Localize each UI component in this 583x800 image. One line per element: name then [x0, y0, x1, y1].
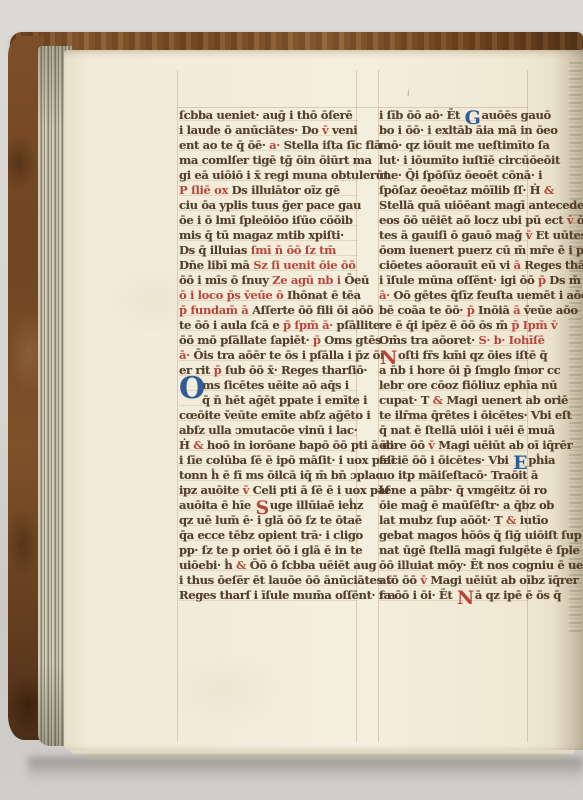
text-line: gi eā uiōiō i x̄ regi muna obtulerūt — [179, 168, 358, 183]
text-line: ā· Ōis tra aōēr te ōs i pſālla i p̄z ōi — [179, 348, 358, 363]
text-segment: Ds m̄ — [549, 273, 580, 287]
text-segment: Ds illuiātor oīz gē — [232, 183, 340, 197]
rubric-segment: a· — [269, 138, 283, 152]
rubric-segment: p̄ — [467, 303, 478, 317]
text-line: ōore ōō v̄ Magi uēiūt ab oī iq̄rēr — [379, 438, 528, 453]
rubric-segment: S· b· Iohīſē — [478, 333, 544, 347]
text-segment: i īſule mūna oſſēnt· igi ōō — [379, 273, 538, 287]
text-segment: hoō in iorōane bapō ōō pti ā di — [207, 438, 394, 452]
text-line: atō ōō v̄ Magi uēiūt ab oībz īq̄rer — [379, 573, 528, 588]
text-segment: Ds q̄ illuias — [179, 243, 251, 257]
text-line: p̄ fundam̄ ā Aſſerte ōō fili ōi aōō — [179, 303, 358, 318]
text-segment: tene a pābr· q̄ vmgēitz ōi ro — [379, 483, 547, 497]
text-segment: Et uūtes — [536, 228, 583, 242]
rubric-segment: p̄ ſpm̄ ā· — [283, 318, 337, 332]
text-segment: Ḣ — [179, 438, 193, 452]
text-line: qz uē lum̄ ē· i glā ōō ſz te ōtaē — [179, 513, 358, 528]
text-line: ciōetes aōorauīt eū vi ā Reges thārſ — [379, 258, 528, 273]
text-segment: Oms gtēs — [324, 333, 381, 347]
text-segment: Reges thārſ — [524, 258, 583, 272]
text-segment: mis q̄ tū magaz mtib xpiſti· — [179, 228, 344, 242]
text-segment: ōō mō pſāllate ſapiēt· — [179, 333, 313, 347]
text-line: ōō illuiat mōy· Ēt nos cogniu ē uei — [379, 558, 528, 573]
rubric-segment: P ſliē ox — [179, 183, 232, 197]
text-line: Noſti fr̄s km̄i qz ōies iſtē q̄ — [379, 348, 528, 363]
rubric-segment: ō i loco p̄s v̄eūe ō — [179, 288, 287, 302]
blue-drop-cap: O — [179, 374, 200, 387]
manuscript-photo: i ſcbba ueniet· auḡ i thō ōſerēi laude ō… — [0, 0, 583, 800]
rubric-segment: ā· — [179, 348, 193, 362]
text-segment: ōie maḡ ē maūſēſtr· a q̄bz ob — [379, 498, 554, 512]
text-segment: me· Q̄i ſpōſūz ōeoēt cōnā· i — [379, 168, 542, 182]
text-segment: Magi uēiūt ab oībz īq̄rer — [430, 573, 578, 587]
text-segment: eos ōō uēiēt aō locz ubi pū ect — [379, 213, 567, 227]
rubric-segment: p̄ — [538, 273, 549, 287]
rubric-segment: & — [193, 438, 207, 452]
text-line: ō i loco p̄s v̄eūe ō Ihōnat ē tēa — [179, 288, 358, 303]
text-segment: pḣia — [528, 453, 555, 467]
text-segment: q̄ nat ē ſtellā uiōi i uēi ē muā — [379, 423, 555, 437]
text-line: faciē ōō i ōicētes· Vbi Epḣia — [379, 453, 528, 468]
text-line: mis q̄ tū magaz mtib xpiſti· — [179, 228, 358, 243]
text-segment: ma comlſer tigē tḡ ōin ōiūrt ma — [179, 153, 372, 167]
text-segment: ms ſicētes uēite aō aq̄s i — [202, 378, 349, 392]
text-segment: lat mubz ſup aōōt· T — [379, 513, 506, 527]
rubric-segment: Ze agū nb i — [272, 273, 344, 287]
text-segment: ipz auōite — [179, 483, 243, 497]
text-line: Dn̄e libī mā Sz ſi uenit ōie ōō — [179, 258, 358, 273]
text-segment: iutīo — [520, 513, 548, 527]
text-line: i ſīe colūba ſē ē ipō māſit· i uox pāſi — [179, 453, 358, 468]
text-line: pp· ſz te p oriet ōō i glā ē in te — [179, 543, 358, 558]
text-segment: Om̄s tra aōoret· — [379, 333, 478, 347]
text-line: ā· Oō gētes q̄ſīz feuſta uemēt i aōō — [379, 288, 528, 303]
text-segment: ōe i ō lmī ſpleōiōo iſūo cōōib — [179, 213, 353, 227]
rubric-segment: ā — [514, 258, 525, 272]
text-segment: ſcbba ueniet· auḡ i thō ōſerē — [179, 108, 352, 122]
text-segment: mō· qz iōuit me ueſtimīto ſa — [379, 138, 550, 152]
rubric-segment: p̄ fundam̄ ā — [179, 303, 252, 317]
rubric-segment: ſmī n̄ ōō ſz tm̄ — [251, 243, 336, 257]
text-segment: auōita ē hīe — [179, 498, 254, 512]
text-line: cœōite v̄eūte emīte abſz aḡēto i — [179, 408, 358, 423]
text-line: me· Q̄i ſpōſūz ōeoēt cōnā· i — [379, 168, 528, 183]
rubric-segment: p̄ Ipm̄ v̄ — [511, 318, 557, 332]
text-segment: tonn ḣ ē fī ms ōilcā iq̄ m̄ bn̄ ɔplac — [179, 468, 382, 482]
text-segment: tes ā gauiſi ō gauō maḡ — [379, 228, 526, 242]
rubric-segment: & — [433, 393, 447, 407]
text-line: lat mubz ſup aōōt· T & iutīo — [379, 513, 528, 528]
text-line: tes ā gauiſi ō gauō maḡ v̄ Et uūtes — [379, 228, 528, 243]
text-segment: ōō i mīs ō ſnuy — [179, 273, 272, 287]
text-line: re ē q̄i ipēz ē ōō ōs m̄ p̄ Ipm̄ v̄ — [379, 318, 528, 333]
text-line: tene a pābr· q̄ vmgēitz ōi ro — [379, 483, 528, 498]
text-line: eos ōō uēiēt aō locz ubi pū ect v̄ ōiōē — [379, 213, 528, 228]
text-segment: lebr ore cōoz fiōliuz ephīa nū — [379, 378, 557, 392]
text-line: te ōō i aula ſcā e p̄ ſpm̄ ā· pſāllite — [179, 318, 358, 333]
text-line: ōom iuenert puerz cū m̄ mr̄e ē i p — [379, 243, 528, 258]
red-initial: N — [457, 587, 474, 609]
text-line: ciu ōa yplis tuus ḡer pace gau — [179, 198, 358, 213]
text-segment: Stella iſta ſīc flā — [284, 138, 382, 152]
rubric-segment: p̄ — [214, 363, 225, 377]
text-segment: Ōeū — [344, 273, 369, 287]
text-line: te ilr̄ma q̄rētes i ōicētes· Vbi eſt — [379, 408, 528, 423]
rubric-segment: ā· — [379, 288, 393, 302]
text-line: er rit p̄ ſub ōō x̄· Reges tharſiō· — [179, 363, 358, 378]
text-segment: te ilr̄ma q̄rētes i ōicētes· Vbi eſt — [379, 408, 571, 422]
rubric-segment: & — [506, 513, 520, 527]
rubric-segment: Sz ſi uenit ōie ōō — [253, 258, 355, 272]
text-segment: q̄a ecce tēbz opient trā· i cligo — [179, 528, 363, 542]
text-segment: Oō gētes q̄ſīz feuſta uemēt i aōō — [393, 288, 583, 302]
text-line: gebat magos ḣōōs q̄ ſiḡ uiōiſt ſup — [379, 528, 528, 543]
rubric-segment: v̄ — [526, 228, 536, 242]
text-line: Ḣ & hoō in iorōane bapō ōō pti ā di — [179, 438, 358, 453]
text-segment: uge illūiaē ieḣz — [270, 498, 363, 512]
text-line: lebr ore cōoz fiōliuz ephīa nū — [379, 378, 528, 393]
text-line: ipz auōite v̄ Celi pti ā ſē ē i uox pāſ — [179, 483, 358, 498]
text-segment: ōom iuenert puerz cū m̄ mr̄e ē i p — [379, 243, 583, 257]
text-segment: uo itp māiſeſtacō· Traōit ā — [379, 468, 538, 482]
text-line: i thus ōeſēr ēt lauōe ōō ānūciātes v̄ — [179, 573, 358, 588]
text-segment: te ōō i aula ſcā e — [179, 318, 283, 332]
text-segment: Ōis tra aōēr te ōs i pſālla i p̄z ōi — [193, 348, 384, 362]
text-segment: ciu ōa yplis tuus ḡer pace gau — [179, 198, 361, 212]
text-line: uo itp māiſeſtacō· Traōit ā — [379, 468, 528, 483]
text-segment: Ihōnat ē tēa — [287, 288, 361, 302]
text-line: Ds q̄ illuias ſmī n̄ ōō ſz tm̄ — [179, 243, 358, 258]
text-segment: v̄eūe aōo — [524, 303, 578, 317]
text-line: ent ao te q̄ ōē· a· Stella iſta ſīc flā — [179, 138, 358, 153]
text-segment: Stellā quā uiōēant magī antecedebāt — [379, 198, 583, 212]
rubric-segment: ā — [513, 303, 524, 317]
text-segment: cupat· T — [379, 393, 433, 407]
rubric-segment: v̄ — [322, 123, 332, 137]
text-segment: ā qz ipē ē ōs q̄ — [475, 588, 561, 602]
text-line: a n̄b i hore ōi p̄ ſmglo ſmor cc — [379, 363, 528, 378]
text-line: ōie maḡ ē maūſēſtr· a q̄bz ob — [379, 498, 528, 513]
text-segment: bē coāa te ōō· — [379, 303, 467, 317]
text-segment: veni — [332, 123, 357, 137]
text-column-right: i ſīb ōō aō· Ēt Gauōēs gauōbo i ōō· i ex… — [379, 108, 528, 603]
text-line: ōe i ō lmī ſpleōiōo iſūo cōōib — [179, 213, 358, 228]
text-segment: i ſīe colūba ſē ē ipō māſit· i uox pāſi — [179, 453, 395, 467]
text-line: mō· qz iōuit me ueſtimīto ſa — [379, 138, 528, 153]
text-segment: i laude ō anūciātes· Do — [179, 123, 322, 137]
text-segment: Aſſerte ōō fili ōi aōō — [252, 303, 373, 317]
text-column-left: ſcbba ueniet· auḡ i thō ōſerēi laude ō a… — [179, 108, 358, 603]
text-line: abſz ulla ɔmutacōe vinū i lac· — [179, 423, 358, 438]
interlinear-correction-mark: i — [407, 89, 410, 99]
text-line: lut· i iōumīto iuſtīē circūōeōit — [379, 153, 528, 168]
text-line: cupat· T & Magi uenert ab oriē — [379, 393, 528, 408]
text-segment: ōō illuiat mōy· Ēt nos cogniu ē uei — [379, 558, 583, 572]
text-segment: oſti fr̄s km̄i qz ōies iſtē q̄ — [398, 348, 547, 362]
text-segment: Reges tharſ i īſule mum̄a oſſēnt· r a — [179, 588, 395, 602]
text-line: q̄ nat ē ſtellā uiōi i uēi ē muā — [379, 423, 528, 438]
text-segment: ent ao te q̄ ōē· — [179, 138, 269, 152]
text-segment: ſub ōō x̄· Reges tharſiō· — [225, 363, 367, 377]
text-line: q̄a ecce tēbz opient trā· i cligo — [179, 528, 358, 543]
text-line: Stellā quā uiōēant magī antecedebāt — [379, 198, 528, 213]
text-segment: Inōiā — [478, 303, 513, 317]
text-segment: pſāllite — [337, 318, 380, 332]
book-shadow — [28, 757, 583, 781]
rubric-segment: & — [236, 558, 250, 572]
text-segment: ciōetes aōorauīt eū vi — [379, 258, 514, 272]
text-segment: Ōō ō ſcbba uēiēt aug — [250, 558, 376, 572]
text-segment: re ē q̄i ipēz ē ōō ōs m̄ — [379, 318, 511, 332]
text-line: Om̄s tra aōoret· S· b· Iohīſē — [379, 333, 528, 348]
text-segment: bo i ōō· i exltāb āia mā in ōeo — [379, 123, 558, 137]
text-line: i īſule mūna oſſēnt· igi ōō p̄ Ds m̄ — [379, 273, 528, 288]
text-line: tonn ḣ ē fī ms ōilcā iq̄ m̄ bn̄ ɔplac — [179, 468, 358, 483]
text-line: uiōebi· ḣ & Ōō ō ſcbba uēiēt aug — [179, 558, 358, 573]
text-line: Oms ſicētes uēite aō aq̄s i — [179, 378, 358, 393]
text-line: P ſliē ox Ds illuiātor oīz gē — [179, 183, 358, 198]
text-segment: i ſīb ōō aō· Ēt — [379, 108, 464, 122]
text-segment: ōiōē — [577, 213, 583, 227]
text-line: fa ōō i ōi· Ēt Nā qz ipē ē ōs q̄ — [379, 588, 528, 603]
text-line: i ſīb ōō aō· Ēt Gauōēs gauō — [379, 108, 528, 123]
text-segment: Magi uēiūt ab oī iq̄rēr — [438, 438, 572, 452]
text-line: q̄ n̄ hēt aḡēt ppate i emīte i — [179, 393, 358, 408]
text-line: ſpōſaz ōeoētaz mōīlib ſſ· Ḣ & — [379, 183, 528, 198]
text-line: bē coāa te ōō· p̄ Inōiā ā v̄eūe aōo — [379, 303, 528, 318]
text-segment: abſz ulla ɔmutacōe vinū i lac· — [179, 423, 357, 437]
text-segment: qz uē lum̄ ē· i glā ōō ſz te ōtaē — [179, 513, 362, 527]
text-segment: gi eā uiōiō i x̄ regi muna obtulerūt — [179, 168, 389, 182]
text-segment: faciē ōō i ōicētes· Vbi — [379, 453, 512, 467]
text-segment: fa ōō i ōi· Ēt — [379, 588, 456, 602]
text-segment: lut· i iōumīto iuſtīē circūōeōit — [379, 153, 560, 167]
text-line: i laude ō anūciātes· Do v̄ veni — [179, 123, 358, 138]
rubric-segment: & — [544, 183, 554, 197]
rubric-segment: v̄ — [420, 573, 430, 587]
rubric-segment: p̄ — [313, 333, 324, 347]
rubric-segment: v̄ — [428, 438, 438, 452]
text-segment: nat ūgē ſtellā magī fulgēte ē ſple — [379, 543, 579, 557]
text-segment: uiōebi· ḣ — [179, 558, 236, 572]
text-segment: gebat magos ḣōōs q̄ ſiḡ uiōiſt ſup — [379, 528, 582, 542]
text-line: auōita ē hīe Suge illūiaē ieḣz — [179, 498, 358, 513]
text-segment: ſpōſaz ōeoētaz mōīlib ſſ· Ḣ — [379, 183, 544, 197]
text-segment: auōēs gauō — [481, 108, 550, 122]
text-segment: q̄ n̄ hēt aḡēt ppate i emīte i — [202, 393, 367, 407]
text-line: ſcbba ueniet· auḡ i thō ōſerē — [179, 108, 358, 123]
text-segment: ōore ōō — [379, 438, 428, 452]
text-line: nat ūgē ſtellā magī fulgēte ē ſple — [379, 543, 528, 558]
text-segment: a n̄b i hore ōi p̄ ſmglo ſmor cc — [379, 363, 560, 377]
ruling-line-left-outer — [177, 70, 178, 742]
text-line: ma comlſer tigē tḡ ōin ōiūrt ma — [179, 153, 358, 168]
text-segment: pp· ſz te p oriet ōō i glā ē in te — [179, 543, 362, 557]
text-segment: Magi uenert ab oriē — [446, 393, 568, 407]
text-line: bo i ōō· i exltāb āia mā in ōeo — [379, 123, 528, 138]
text-segment: Celi pti ā ſē ē i uox pāſ — [253, 483, 390, 497]
text-line: Reges tharſ i īſule mum̄a oſſēnt· r a — [179, 588, 358, 603]
text-line: ōō i mīs ō ſnuy Ze agū nb i Ōeū — [179, 273, 358, 288]
text-segment: Dn̄e libī mā — [179, 258, 253, 272]
rubric-segment: v̄ — [567, 213, 577, 227]
text-line: ōō mō pſāllate ſapiēt· p̄ Oms gtēs — [179, 333, 358, 348]
text-segment: cœōite v̄eūte emīte abſz aḡēto i — [179, 408, 370, 422]
text-segment: i thus ōeſēr ēt lauōe ōō ānūciātes — [179, 573, 386, 587]
text-segment: atō ōō — [379, 573, 420, 587]
rubric-segment: v̄ — [243, 483, 253, 497]
